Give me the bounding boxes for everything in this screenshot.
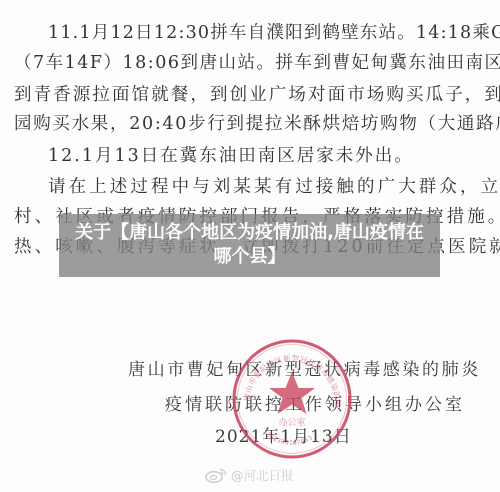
- paragraph-line: 请在上述过程中与刘某某有过接触的广大群众，立即向当地: [48, 176, 500, 198]
- watermark-text: @河北日报: [231, 466, 294, 484]
- svg-text:办公室: 办公室: [278, 416, 305, 428]
- weibo-icon: [205, 467, 227, 483]
- official-seal: 唐山市曹妃甸区新型冠状病毒感染的肺炎疫情联防联控工作领导小组 办公室 13023…: [231, 338, 353, 460]
- paragraph-line: 园购买水果，20:40步行到提拉米酥烘焙坊购物（大通路店）。: [14, 113, 500, 135]
- seal-icon: 唐山市曹妃甸区新型冠状病毒感染的肺炎疫情联防联控工作领导小组 办公室 13023…: [231, 338, 353, 460]
- svg-text:1302300107963: 1302300107963: [261, 429, 314, 447]
- article-title: 关于【唐山各个地区为疫情加油,唐山疫情在哪个县】: [70, 221, 430, 269]
- source-watermark: @河北日报: [205, 466, 294, 484]
- paragraph-line: 到青香源拉面馆就餐，到创业广场对面市场购买瓜子，到南方果: [14, 84, 500, 106]
- title-overlay-banner: 关于【唐山各个地区为疫情加油,唐山疫情在哪个县】: [59, 214, 440, 277]
- paragraph-line: 12.1月13日在冀东油田南区居家未外出。: [48, 145, 414, 167]
- paragraph-line: 11.1月12日12:30拼车自濮阳到鹤壁东站。14:18乘G1294: [48, 22, 500, 44]
- paragraph-line: （7车14F）18:06到唐山站。拼车到曹妃甸冀东油田南区。20:00: [14, 52, 500, 74]
